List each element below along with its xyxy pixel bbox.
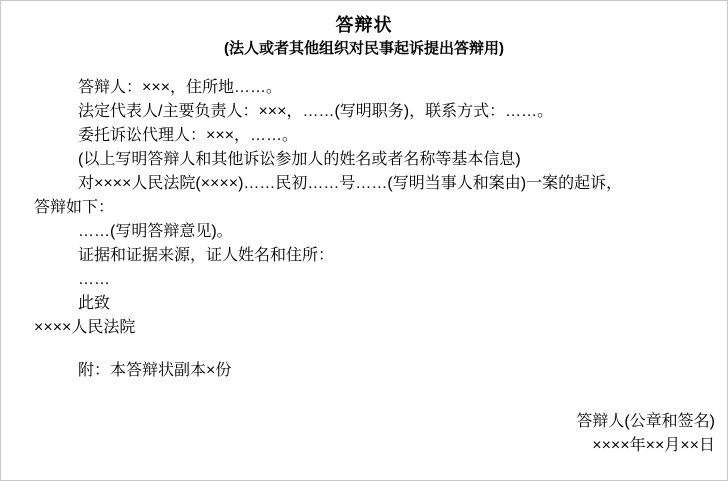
signature-line: 答辩人(公章和签名) [1,410,727,434]
ellipsis-line: …… [1,268,727,292]
salutation-line: 此致 [1,292,727,316]
court-name-line: ××××人民法院 [1,316,727,340]
date-line: ××××年××月××日 [1,434,727,458]
evidence-source-line: 证据和证据来源，证人姓名和住所： [1,244,727,268]
spacer-before-signature [1,383,727,410]
document-body: 答辩人：×××，住所地……。 法定代表人/主要负责人：×××，……(写明职务)，… [1,76,727,458]
document-title: 答辩状 [1,14,727,36]
legal-representative-line: 法定代表人/主要负责人：×××，……(写明职务)，联系方式：……。 [1,100,727,124]
litigation-agent-line: 委托诉讼代理人：×××，……。 [1,124,727,148]
case-reference-line: 对××××人民法院(××××)……民初……号……(写明当事人和案由)一案的起诉， [1,172,727,196]
defense-statement-document: 答辩状 (法人或者其他组织对民事起诉提出答辩用) 答辩人：×××，住所地……。 … [0,0,728,481]
document-subtitle: (法人或者其他组织对民事起诉提出答辩用) [1,39,727,59]
attachment-line: 附：本答辩状副本×份 [1,359,727,383]
defense-follows-line: 答辩如下： [1,196,727,220]
basic-info-note-line: (以上写明答辩人和其他诉讼参加人的姓名或者名称等基本信息) [1,148,727,172]
respondent-line: 答辩人：×××，住所地……。 [1,76,727,100]
defense-opinion-line: ……(写明答辩意见)。 [1,220,727,244]
spacer-before-attachment [1,340,727,359]
